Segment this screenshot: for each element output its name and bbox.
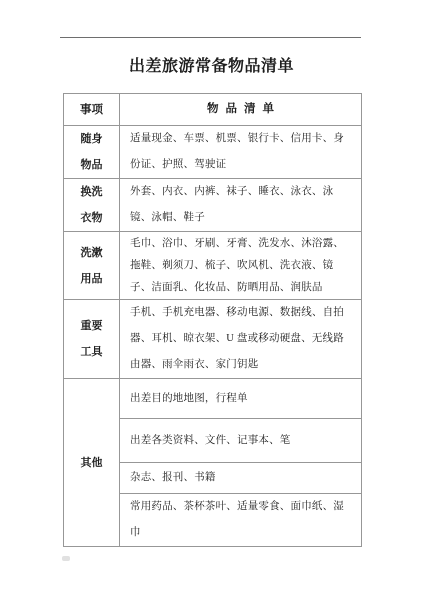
row-label-line: 物品 bbox=[64, 152, 119, 178]
row-label-line: 重要 bbox=[64, 313, 119, 339]
row-label-toiletries: 洗漱 用品 bbox=[64, 232, 120, 300]
table-row-important-tools: 重要 工具 手机、手机充电器、移动电源、数据线、自拍器、耳机、晾衣架、U 盘或移… bbox=[64, 300, 362, 379]
table-row-clothes: 换洗 衣物 外套、内衣、内裤、袜子、睡衣、泳衣、泳镜、泳帽、鞋子 bbox=[64, 179, 362, 232]
row-label-line: 用品 bbox=[64, 266, 119, 292]
row-label-line: 衣物 bbox=[64, 205, 119, 231]
row-label-line: 工具 bbox=[64, 339, 119, 365]
row-content-other-misc: 常用药品、茶杯茶叶、适量零食、面巾纸、湿巾 bbox=[120, 494, 362, 547]
page-artifact-mark bbox=[62, 556, 70, 561]
header-cell-items: 事项 bbox=[64, 94, 120, 126]
row-content-other-reading: 杂志、报刊、书籍 bbox=[120, 463, 362, 494]
header-rule bbox=[60, 37, 361, 38]
row-label-line: 随身 bbox=[64, 126, 119, 152]
row-label-clothes: 换洗 衣物 bbox=[64, 179, 120, 232]
row-content-toiletries: 毛巾、浴巾、牙刷、牙膏、洗发水、沐浴露、拖鞋、剃须刀、梳子、吹风机、洗衣液、镜子… bbox=[120, 232, 362, 300]
row-label-line: 换洗 bbox=[64, 179, 119, 205]
header-cell-list: 物品清单 bbox=[120, 94, 362, 126]
row-content-other-documents: 出差各类资料、文件、记事本、笔 bbox=[120, 419, 362, 463]
row-label-personal-items: 随身 物品 bbox=[64, 126, 120, 179]
table-row-toiletries: 洗漱 用品 毛巾、浴巾、牙刷、牙膏、洗发水、沐浴露、拖鞋、剃须刀、梳子、吹风机、… bbox=[64, 232, 362, 300]
page-title: 出差旅游常备物品清单 bbox=[0, 53, 423, 76]
row-label-other: 其他 bbox=[64, 379, 120, 547]
checklist-table: 事项 物品清单 随身 物品 适量现金、车票、机票、银行卡、信用卡、身份证、护照、… bbox=[63, 93, 362, 547]
table-header-row: 事项 物品清单 bbox=[64, 94, 362, 126]
row-content-personal-items: 适量现金、车票、机票、银行卡、信用卡、身份证、护照、驾驶证 bbox=[120, 126, 362, 179]
document-page: 出差旅游常备物品清单 事项 物品清单 随身 物品 适量现金、车票、机票、银行卡、… bbox=[0, 0, 423, 600]
row-label-line: 洗漱 bbox=[64, 240, 119, 266]
row-content-other-maps: 出差目的地地图，行程单 bbox=[120, 379, 362, 419]
row-content-clothes: 外套、内衣、内裤、袜子、睡衣、泳衣、泳镜、泳帽、鞋子 bbox=[120, 179, 362, 232]
row-content-important-tools: 手机、手机充电器、移动电源、数据线、自拍器、耳机、晾衣架、U 盘或移动硬盘、无线… bbox=[120, 300, 362, 379]
table-row-personal-items: 随身 物品 适量现金、车票、机票、银行卡、信用卡、身份证、护照、驾驶证 bbox=[64, 126, 362, 179]
table-row-other-maps: 其他 出差目的地地图，行程单 bbox=[64, 379, 362, 419]
row-label-important-tools: 重要 工具 bbox=[64, 300, 120, 379]
